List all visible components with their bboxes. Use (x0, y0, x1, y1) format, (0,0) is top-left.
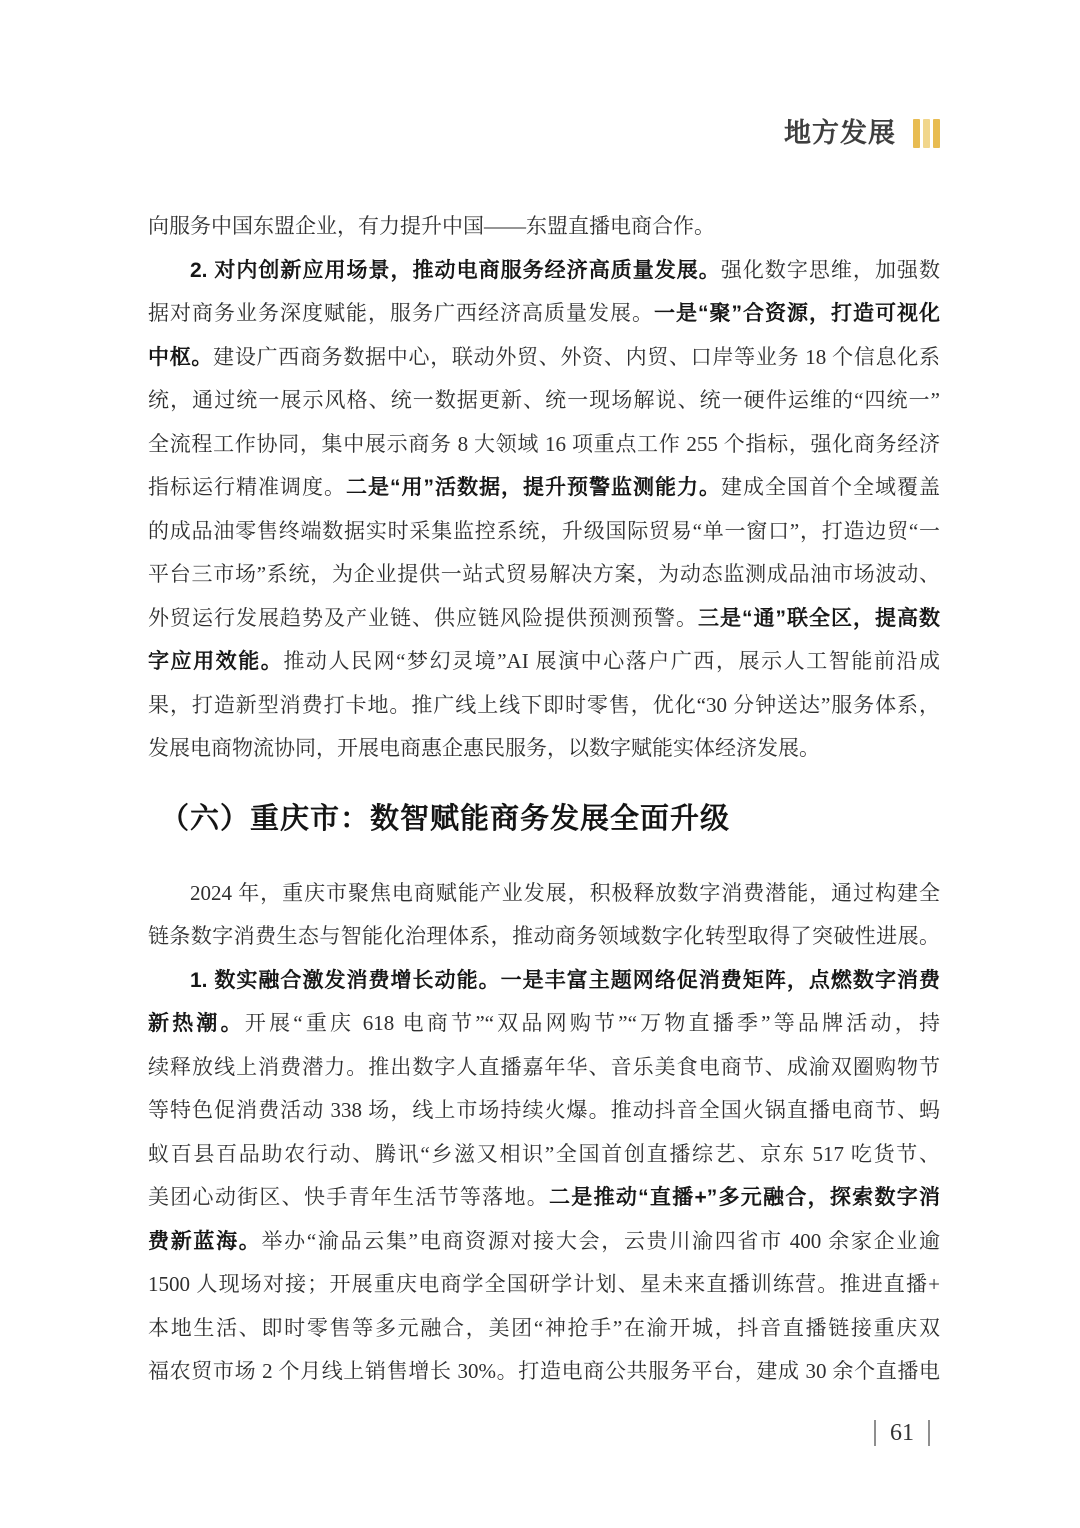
text-line: 据对商务业务深度赋能，服务广西经济高质量发展。一是“聚”合资源，打造可视化 (148, 292, 940, 336)
text-line: 统，通过统一展示风格、统一数据更新、统一现场解说、统一硬件运维的“四统一” (148, 379, 940, 423)
running-head-title: 地方发展 (784, 118, 896, 148)
text-run: 福农贸市场 2 个月线上销售增长 30%。打造电商公共服务平台，建成 30 余个… (148, 1359, 940, 1383)
text-run: 发展电商物流协同，开展电商惠企惠民服务，以数字赋能实体经济发展。 (148, 736, 820, 760)
text-run: 指标运行精准调度。 (148, 475, 346, 499)
text-line: 中枢。建设广西商务数据中心，联动外贸、外资、内贸、口岸等业务 18 个信息化系 (148, 336, 940, 380)
page-header: 地方发展 (784, 118, 940, 148)
text-line: 1. 数实融合激发消费增长动能。一是丰富主题网络促消费矩阵，点燃数字消费 (148, 959, 940, 1003)
page-number-divider (928, 1420, 930, 1446)
text-run: 1500 人现场对接；开展重庆电商学全国研学计划、星未来直播训练营。推进直播+ (148, 1272, 940, 1296)
text-line: 全流程工作协同，集中展示商务 8 大领域 16 项重点工作 255 个指标，强化… (148, 423, 940, 467)
text-line: 的成品油零售终端数据实时采集监控系统，升级国际贸易“单一窗口”，打造边贸“一 (148, 510, 940, 554)
text-line: 本地生活、即时零售等多元融合，美团“神抢手”在渝开城，抖音直播链接重庆双 (148, 1307, 940, 1351)
emphasis-text-run: 二是推动“直播+”多元融合，探索数字消 (549, 1186, 940, 1209)
emphasis-text-run: 2. 对内创新应用场景，推动电商服务经济高质量发展。 (190, 259, 721, 282)
text-run: 举办“渝品云集”电商资源对接大会，云贵川渝四省市 400 余家企业逾 (261, 1229, 940, 1253)
text-run: 推动人民网“梦幻灵境”AI 展演中心落户广西，展示人工智能前沿成 (283, 649, 940, 673)
text-line: 平台三市场”系统，为企业提供一站式贸易解决方案，为动态监测成品油市场波动、 (148, 553, 940, 597)
text-run: 果，打造新型消费打卡地。推广线上线下即时零售，优化“30 分钟送达”服务体系， (148, 693, 940, 717)
text-line: 2024 年，重庆市聚焦电商赋能产业发展，积极释放数字消费潜能，通过构建全 (148, 872, 940, 916)
gold-bar (923, 119, 930, 148)
emphasis-text-run: 一是“聚”合资源，打造可视化 (654, 302, 940, 325)
text-run: 等特色促消费活动 338 场，线上市场持续火爆。推动抖音全国火锅直播电商节、蚂 (148, 1098, 940, 1122)
text-run: 全流程工作协同，集中展示商务 8 大领域 16 项重点工作 255 个指标，强化… (148, 432, 940, 456)
text-line: 2. 对内创新应用场景，推动电商服务经济高质量发展。强化数字思维，加强数 (148, 249, 940, 293)
text-run: 开展“重庆 618 电商节”“双品网购节”“万物直播季”等品牌活动，持 (245, 1011, 940, 1035)
text-line: 福农贸市场 2 个月线上销售增长 30%。打造电商公共服务平台，建成 30 余个… (148, 1350, 940, 1394)
text-run: 统，通过统一展示风格、统一数据更新、统一现场解说、统一硬件运维的“四统一” (148, 388, 940, 412)
text-line: 果，打造新型消费打卡地。推广线上线下即时零售，优化“30 分钟送达”服务体系， (148, 684, 940, 728)
text-line: 发展电商物流协同，开展电商惠企惠民服务，以数字赋能实体经济发展。 (148, 727, 940, 771)
text-run: 向服务中国东盟企业，有力提升中国——东盟直播电商合作。 (148, 214, 715, 238)
text-run: 建设广西商务数据中心，联动外贸、外资、内贸、口岸等业务 18 个信息化系 (213, 345, 940, 369)
text-run: 据对商务业务深度赋能，服务广西经济高质量发展。 (148, 301, 654, 325)
text-line: 指标运行精准调度。二是“用”活数据，提升预警监测能力。建成全国首个全域覆盖 (148, 466, 940, 510)
text-line: 蚁百县百品助农行动、腾讯“乡滋又相识”全国首创直播综艺、京东 517 吃货节、 (148, 1133, 940, 1177)
text-line: 等特色促消费活动 338 场，线上市场持续火爆。推动抖音全国火锅直播电商节、蚂 (148, 1089, 940, 1133)
text-run: 的成品油零售终端数据实时采集监控系统，升级国际贸易“单一窗口”，打造边贸“一 (148, 519, 940, 543)
text-run: 平台三市场”系统，为企业提供一站式贸易解决方案，为动态监测成品油市场波动、 (148, 562, 940, 586)
page-number: 61 (890, 1418, 914, 1448)
text-run: 蚁百县百品助农行动、腾讯“乡滋又相识”全国首创直播综艺、京东 517 吃货节、 (148, 1142, 940, 1166)
text-line: 字应用效能。推动人民网“梦幻灵境”AI 展演中心落户广西，展示人工智能前沿成 (148, 640, 940, 684)
text-run: 强化数字思维，加强数 (721, 258, 940, 282)
page-footer: 61 (874, 1418, 930, 1448)
text-run: 本地生活、即时零售等多元融合，美团“神抢手”在渝开城，抖音直播链接重庆双 (148, 1316, 940, 1340)
text-line: 费新蓝海。举办“渝品云集”电商资源对接大会，云贵川渝四省市 400 余家企业逾 (148, 1220, 940, 1264)
text-line: 续释放线上消费潜力。推出数字人直播嘉年华、音乐美食电商节、成渝双圈购物节 (148, 1046, 940, 1090)
emphasis-text-run: 中枢。 (148, 346, 213, 369)
emphasis-text-run: 1. 数实融合激发消费增长动能。一是丰富主题网络促消费矩阵，点燃数字消费 (190, 969, 940, 992)
section-heading: （六）重庆市：数智赋能商务发展全面升级 (148, 797, 940, 841)
emphasis-text-run: 三是“通”联全区，提高数 (698, 607, 940, 630)
document-page: 地方发展 向服务中国东盟企业，有力提升中国——东盟直播电商合作。2. 对内创新应… (0, 0, 1080, 1528)
text-run: 美团心动街区、快手青年生活节等落地。 (148, 1185, 549, 1209)
text-run: 链条数字消费生态与智能化治理体系，推动商务领域数字化转型取得了突破性进展。 (148, 924, 940, 948)
emphasis-text-run: 费新蓝海。 (148, 1230, 261, 1253)
text-run: 2024 年，重庆市聚焦电商赋能产业发展，积极释放数字消费潜能，通过构建全 (190, 881, 940, 905)
text-line: 链条数字消费生态与智能化治理体系，推动商务领域数字化转型取得了突破性进展。 (148, 915, 940, 959)
emphasis-text-run: 新热潮。 (148, 1012, 245, 1035)
text-line: 1500 人现场对接；开展重庆电商学全国研学计划、星未来直播训练营。推进直播+ (148, 1263, 940, 1307)
text-line: 向服务中国东盟企业，有力提升中国——东盟直播电商合作。 (148, 205, 940, 249)
triple-bars-icon (913, 119, 940, 148)
text-run: 外贸运行发展趋势及产业链、供应链风险提供预测预警。 (148, 606, 698, 630)
text-run: 建成全国首个全域覆盖 (721, 475, 940, 499)
emphasis-text-run: 字应用效能。 (148, 650, 283, 673)
page-number-divider (874, 1420, 876, 1446)
gold-bar (913, 119, 920, 148)
text-line: 美团心动街区、快手青年生活节等落地。二是推动“直播+”多元融合，探索数字消 (148, 1176, 940, 1220)
gold-bar (933, 119, 940, 148)
text-line: 外贸运行发展趋势及产业链、供应链风险提供预测预警。三是“通”联全区，提高数 (148, 597, 940, 641)
emphasis-text-run: 二是“用”活数据，提升预警监测能力。 (346, 476, 721, 499)
document-body: 向服务中国东盟企业，有力提升中国——东盟直播电商合作。2. 对内创新应用场景，推… (148, 205, 940, 1394)
text-line: 新热潮。开展“重庆 618 电商节”“双品网购节”“万物直播季”等品牌活动，持 (148, 1002, 940, 1046)
text-run: 续释放线上消费潜力。推出数字人直播嘉年华、音乐美食电商节、成渝双圈购物节 (148, 1055, 940, 1079)
